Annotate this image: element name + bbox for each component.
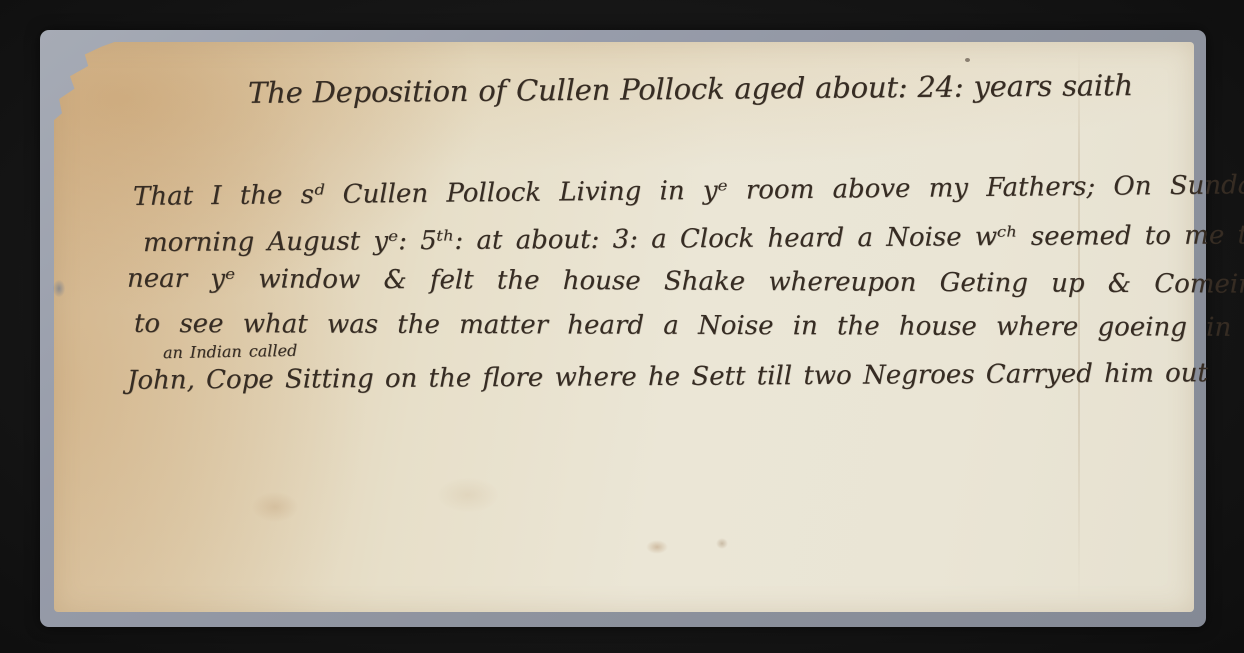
stain [716, 538, 728, 549]
ink-speck [965, 58, 970, 62]
stain [438, 478, 498, 512]
interlinear-insertion: an Indian called [163, 341, 298, 362]
body-line-4: to see what was the matter heard a Noise… [134, 309, 1244, 343]
blue-smudge [53, 280, 65, 297]
stain [252, 492, 298, 522]
stain [646, 540, 668, 554]
scanned-document-view: The Deposition of Cullen Pollock aged ab… [0, 0, 1244, 653]
